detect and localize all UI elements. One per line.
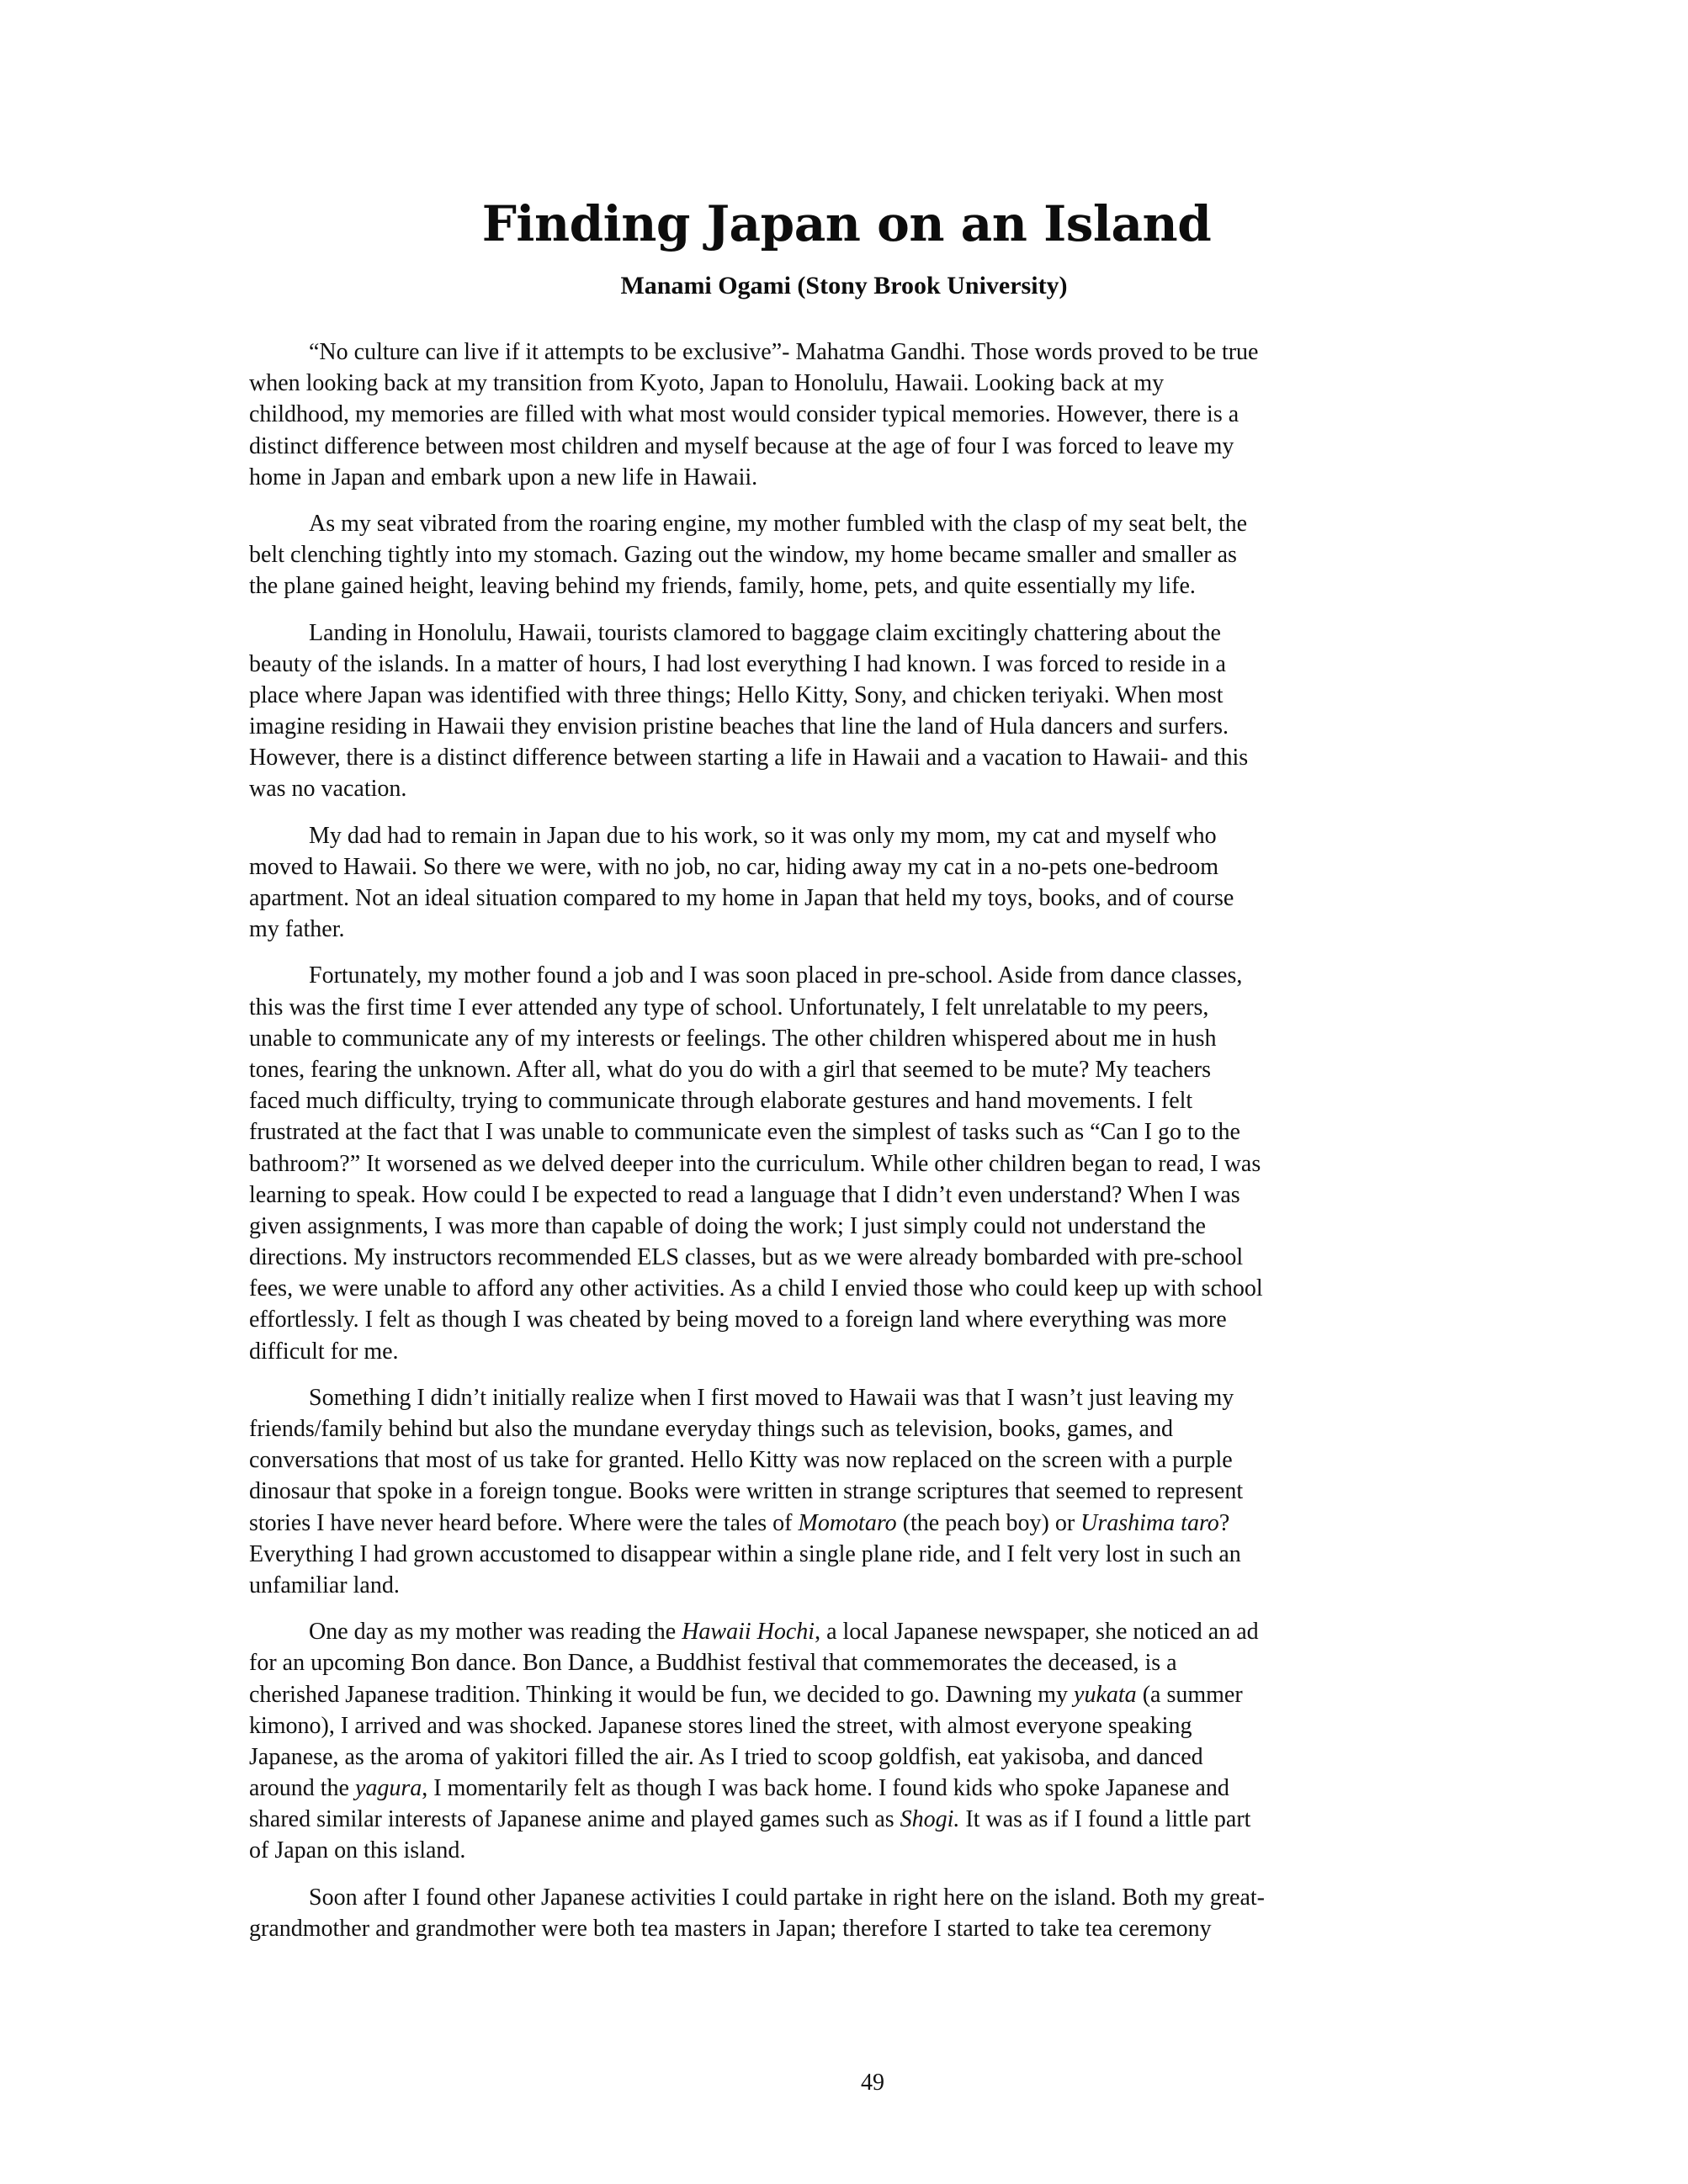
text-segment: effortlessly. I felt as though I was che… [249,1307,1227,1333]
page-number: 49 [831,2068,915,2098]
text-segment: childhood, my memories are filled with w… [249,401,1239,427]
text-segment: Everything I had grown accustomed to dis… [249,1541,1241,1567]
paragraph: Fortunately, my mother found a job and I… [249,960,1437,1366]
text-line: As my seat vibrated from the roaring eng… [249,508,1437,539]
text-line: home in Japan and embark upon a new life… [249,462,1437,493]
paragraph: Soon after I found other Japanese activi… [249,1882,1437,1944]
document-title-text: Finding Japan on an Island [482,190,1212,257]
text-segment: As my seat vibrated from the roaring eng… [309,511,1247,537]
text-segment: Japanese, as the aroma of yakitori fille… [249,1744,1203,1770]
document-page: Finding Japan on an Island Manami Ogami … [0,0,1688,2184]
text-line: kimono), I arrived and was shocked. Japa… [249,1710,1437,1741]
text-line: dinosaur that spoke in a foreign tongue.… [249,1476,1437,1507]
text-line: stories I have never heard before. Where… [249,1508,1437,1539]
text-line: shared similar interests of Japanese ani… [249,1804,1437,1835]
text-segment: was no vacation. [249,776,406,802]
text-segment: tones, fearing the unknown. After all, w… [249,1057,1211,1083]
text-segment: Landing in Honolulu, Hawaii, tourists cl… [309,620,1221,646]
text-line: this was the first time I ever attended … [249,992,1437,1023]
text-segment: (the peach boy) or [897,1510,1080,1536]
text-line: Japanese, as the aroma of yakitori fille… [249,1741,1437,1773]
paragraph: Something I didn’t initially realize whe… [249,1382,1437,1601]
text-segment: Fortunately, my mother found a job and I… [309,962,1242,989]
text-line: distinct difference between most childre… [249,431,1437,462]
text-segment: home in Japan and embark upon a new life… [249,464,757,490]
text-line: Something I didn’t initially realize whe… [249,1382,1437,1413]
text-line: moved to Hawaii. So there we were, with … [249,851,1437,883]
paragraph: As my seat vibrated from the roaring eng… [249,508,1437,602]
text-line: around the yagura, I momentarily felt as… [249,1773,1437,1804]
text-segment: belt clenching tightly into my stomach. … [249,542,1237,568]
text-segment: bathroom?” It worsened as we delved deep… [249,1151,1261,1177]
text-segment: directions. My instructors recommended E… [249,1244,1243,1270]
text-line: learning to speak. How could I be expect… [249,1179,1437,1211]
text-line: imagine residing in Hawaii they envision… [249,711,1437,742]
text-segment: friends/family behind but also the munda… [249,1416,1173,1442]
text-segment: of Japan on this island. [249,1837,465,1863]
text-line: beauty of the islands. In a matter of ho… [249,649,1437,680]
text-segment: My dad had to remain in Japan due to his… [309,823,1217,849]
paragraph: Landing in Honolulu, Hawaii, tourists cl… [249,618,1437,805]
paragraph: “No culture can live if it attempts to b… [249,337,1437,493]
text-segment: stories I have never heard before. Where… [249,1510,799,1536]
text-line: place where Japan was identified with th… [249,680,1437,711]
text-segment: distinct difference between most childre… [249,433,1234,459]
text-line: My dad had to remain in Japan due to his… [249,820,1437,851]
text-segment: imagine residing in Hawaii they envision… [249,713,1229,739]
text-segment: (a summer [1137,1682,1243,1708]
text-line: One day as my mother was reading the Haw… [249,1616,1437,1647]
text-segment: , I momentarily felt as though I was bac… [422,1775,1229,1801]
text-segment: the plane gained height, leaving behind … [249,573,1196,599]
text-segment: ? [1219,1510,1229,1536]
text-segment: unable to communicate any of my interest… [249,1026,1217,1052]
italic-term: Momotaro [799,1510,897,1536]
text-segment: One day as my mother was reading the [309,1619,682,1645]
text-line: of Japan on this island. [249,1835,1437,1866]
text-line: the plane gained height, leaving behind … [249,570,1437,602]
text-segment: grandmother and grandmother were both te… [249,1916,1212,1942]
text-segment: Something I didn’t initially realize whe… [309,1385,1234,1411]
text-segment: place where Japan was identified with th… [249,682,1224,708]
text-segment: moved to Hawaii. So there we were, with … [249,854,1218,880]
text-segment: given assignments, I was more than capab… [249,1213,1206,1239]
text-segment: around the [249,1775,355,1801]
text-line: Everything I had grown accustomed to dis… [249,1539,1437,1570]
text-segment: this was the first time I ever attended … [249,994,1208,1020]
text-segment: Soon after I found other Japanese activi… [309,1884,1265,1911]
text-line: apartment. Not an ideal situation compar… [249,883,1437,914]
text-line: cherished Japanese tradition. Thinking i… [249,1679,1437,1710]
text-line: Landing in Honolulu, Hawaii, tourists cl… [249,618,1437,649]
essay-body: “No culture can live if it attempts to b… [249,337,1437,1959]
italic-term: yukata [1074,1682,1137,1708]
text-line: my father. [249,914,1437,945]
text-line: grandmother and grandmother were both te… [249,1913,1437,1944]
paragraph: My dad had to remain in Japan due to his… [249,820,1437,946]
text-segment: cherished Japanese tradition. Thinking i… [249,1682,1074,1708]
text-line: was no vacation. [249,773,1437,804]
text-segment: dinosaur that spoke in a foreign tongue.… [249,1478,1243,1504]
text-segment: my father. [249,916,345,942]
italic-term: Hawaii Hochi [682,1619,815,1645]
text-line: given assignments, I was more than capab… [249,1211,1437,1242]
text-segment: fees, we were unable to afford any other… [249,1275,1263,1301]
text-segment: when looking back at my transition from … [249,370,1164,396]
text-line: unable to communicate any of my interest… [249,1023,1437,1054]
text-segment: faced much difficulty, trying to communi… [249,1088,1192,1114]
text-line: effortlessly. I felt as though I was che… [249,1304,1437,1335]
italic-term: yagura [355,1775,422,1801]
text-line: Fortunately, my mother found a job and I… [249,960,1437,991]
text-line: tones, fearing the unknown. After all, w… [249,1054,1437,1085]
text-line: friends/family behind but also the munda… [249,1413,1437,1445]
text-line: faced much difficulty, trying to communi… [249,1085,1437,1116]
document-title: Finding Japan on an Island [0,190,1688,257]
italic-term: Urashima taro [1080,1510,1219,1536]
text-segment: learning to speak. How could I be expect… [249,1182,1240,1208]
text-line: conversations that most of us take for g… [249,1445,1437,1476]
text-segment: for an upcoming Bon dance. Bon Dance, a … [249,1650,1177,1676]
italic-term: Shogi. [900,1806,960,1832]
text-line: difficult for me. [249,1336,1437,1367]
text-segment: apartment. Not an ideal situation compar… [249,885,1234,911]
text-line: fees, we were unable to afford any other… [249,1273,1437,1304]
text-line: Soon after I found other Japanese activi… [249,1882,1437,1913]
text-segment: difficult for me. [249,1338,399,1365]
text-segment: beauty of the islands. In a matter of ho… [249,651,1226,677]
text-segment: shared similar interests of Japanese ani… [249,1806,900,1832]
text-segment: unfamiliar land. [249,1572,400,1598]
paragraph: One day as my mother was reading the Haw… [249,1616,1437,1867]
author-byline: Manami Ogami (Stony Brook University) [0,269,1688,303]
text-segment: “No culture can live if it attempts to b… [309,339,1258,365]
text-segment: It was as if I found a little part [959,1806,1250,1832]
text-segment: conversations that most of us take for g… [249,1447,1233,1473]
text-line: frustrated at the fact that I was unable… [249,1116,1437,1148]
text-segment: frustrated at the fact that I was unable… [249,1119,1240,1145]
text-line: for an upcoming Bon dance. Bon Dance, a … [249,1647,1437,1678]
text-line: directions. My instructors recommended E… [249,1242,1437,1273]
text-line: belt clenching tightly into my stomach. … [249,539,1437,570]
text-line: bathroom?” It worsened as we delved deep… [249,1148,1437,1179]
text-line: However, there is a distinct difference … [249,742,1437,773]
text-line: unfamiliar land. [249,1570,1437,1601]
text-segment: kimono), I arrived and was shocked. Japa… [249,1713,1192,1739]
text-segment: However, there is a distinct difference … [249,745,1248,771]
text-segment: , a local Japanese newspaper, she notice… [815,1619,1259,1645]
text-line: childhood, my memories are filled with w… [249,399,1437,430]
text-line: when looking back at my transition from … [249,368,1437,399]
text-line: “No culture can live if it attempts to b… [249,337,1437,368]
